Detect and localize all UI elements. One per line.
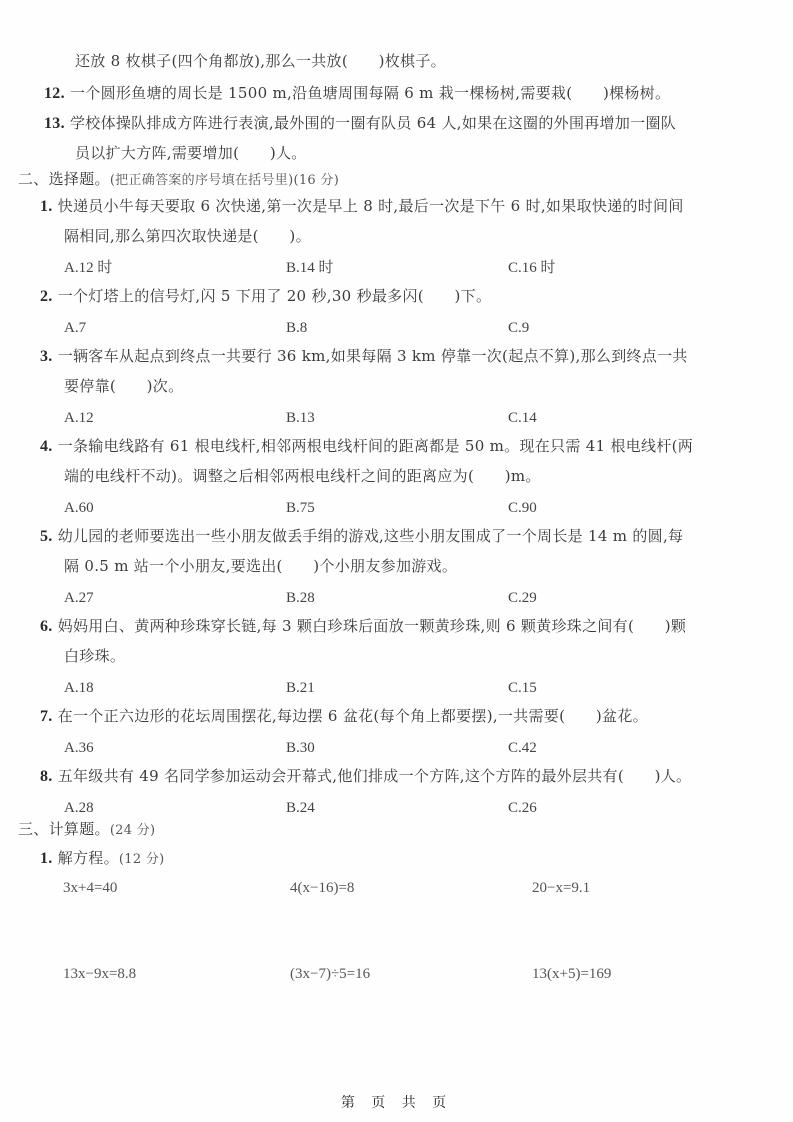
question-1: 1. 快递员小牛每天要取 6 次快递,第一次是早上 8 时,最后一次是下午 6 … [40, 196, 684, 217]
question-title: 解方程。 [58, 849, 119, 867]
question-number: 1. [40, 850, 53, 867]
option-a: A.18 [64, 678, 94, 698]
option-b: B.13 [286, 408, 315, 428]
question-number: 1. [40, 198, 53, 215]
option-c: C.15 [508, 678, 537, 698]
question-note: (12 分) [119, 852, 165, 867]
option-b: B.14 时 [286, 258, 334, 278]
option-b: B.75 [286, 498, 315, 518]
question-text: 一个圆形鱼塘的周长是 1500 m,沿鱼塘周围每隔 6 m 栽一棵杨树,需要栽(… [70, 84, 670, 102]
equation-4: 13x−9x=8.8 [63, 964, 136, 984]
question-number: 4. [40, 438, 53, 455]
question-5: 5. 幼儿园的老师要选出一些小朋友做丢手绢的游戏,这些小朋友围成了一个周长是 1… [40, 526, 683, 547]
question-5-line-2: 隔 0.5 m 站一个小朋友,要选出( )个小朋友参加游戏。 [64, 556, 457, 576]
equation-1: 3x+4=40 [63, 878, 117, 898]
question-3: 3. 一辆客车从起点到终点一共要行 36 km,如果每隔 3 km 停靠一次(起… [40, 346, 688, 367]
question-8: 8. 五年级共有 49 名同学参加运动会开幕式,他们排成一个方阵,这个方阵的最外… [40, 766, 691, 787]
section-title: 三、计算题。 [18, 820, 110, 838]
option-a: A.27 [64, 588, 94, 608]
option-c: C.16 时 [508, 258, 556, 278]
section-note: (24 分) [110, 823, 156, 838]
page-footer: 第 页 共 页 [0, 1092, 793, 1112]
section-title: 二、选择题。 [18, 170, 110, 188]
equation-3: 20−x=9.1 [532, 878, 590, 898]
option-a: A.12 时 [64, 258, 112, 278]
question-number: 12. [44, 85, 65, 102]
option-a: A.7 [64, 318, 86, 338]
question-number: 8. [40, 768, 53, 785]
option-a: A.28 [64, 798, 94, 818]
question-number: 6. [40, 618, 53, 635]
option-c: C.14 [508, 408, 537, 428]
question-text: 学校体操队排成方阵进行表演,最外围的一圈有队员 64 人,如果在这圈的外围再增加… [70, 114, 676, 132]
option-a: A.12 [64, 408, 94, 428]
calc-question-1: 1. 解方程。(12 分) [40, 848, 165, 870]
option-b: B.28 [286, 588, 315, 608]
question-12: 12. 一个圆形鱼塘的周长是 1500 m,沿鱼塘周围每隔 6 m 栽一棵杨树,… [44, 83, 670, 104]
equation-6: 13(x+5)=169 [532, 964, 611, 984]
option-a: A.60 [64, 498, 94, 518]
question-4: 4. 一条输电线路有 61 根电线杆,相邻两根电线杆间的距离都是 50 m。现在… [40, 436, 693, 457]
question-text: 一辆客车从起点到终点一共要行 36 km,如果每隔 3 km 停靠一次(起点不算… [58, 347, 688, 365]
question-text: 快递员小牛每天要取 6 次快递,第一次是早上 8 时,最后一次是下午 6 时,如… [58, 197, 684, 215]
question-3-line-2: 要停靠( )次。 [64, 376, 183, 396]
question-number: 7. [40, 708, 53, 725]
question-text: 五年级共有 49 名同学参加运动会开幕式,他们排成一个方阵,这个方阵的最外层共有… [58, 767, 692, 785]
option-c: C.29 [508, 588, 537, 608]
section-note: (把正确答案的序号填在括号里)(16 分) [110, 173, 339, 188]
option-c: C.90 [508, 498, 537, 518]
question-number: 3. [40, 348, 53, 365]
question-text: 幼儿园的老师要选出一些小朋友做丢手绢的游戏,这些小朋友围成了一个周长是 14 m… [58, 527, 684, 545]
option-b: B.30 [286, 738, 315, 758]
question-text: 一个灯塔上的信号灯,闪 5 下用了 20 秒,30 秒最多闪( )下。 [58, 287, 492, 305]
option-c: C.9 [508, 318, 529, 338]
question-text: 一条输电线路有 61 根电线杆,相邻两根电线杆间的距离都是 50 m。现在只需 … [58, 437, 693, 455]
equation-2: 4(x−16)=8 [290, 878, 354, 898]
option-b: B.21 [286, 678, 315, 698]
question-13-line2: 员以扩大方阵,需要增加( )人。 [75, 143, 307, 163]
question-1-line-2: 隔相同,那么第四次取快递是( )。 [64, 226, 311, 246]
option-a: A.36 [64, 738, 94, 758]
option-c: C.42 [508, 738, 537, 758]
section-3-header: 三、计算题。(24 分) [18, 819, 155, 841]
question-number: 2. [40, 288, 53, 305]
option-b: B.24 [286, 798, 315, 818]
question-number: 13. [44, 115, 65, 132]
question-6-line-2: 白珍珠。 [64, 646, 125, 666]
question-6: 6. 妈妈用白、黄两种珍珠穿长链,每 3 颗白珍珠后面放一颗黄珍珠,则 6 颗黄… [40, 616, 686, 637]
q11-continuation: 还放 8 枚棋子(四个角都放),那么一共放( )枚棋子。 [75, 51, 446, 71]
option-c: C.26 [508, 798, 537, 818]
question-4-line-2: 端的电线杆不动)。调整之后相邻两根电线杆之间的距离应为( )m。 [64, 466, 541, 486]
question-number: 5. [40, 528, 53, 545]
question-2: 2. 一个灯塔上的信号灯,闪 5 下用了 20 秒,30 秒最多闪( )下。 [40, 286, 491, 307]
question-7: 7. 在一个正六边形的花坛周围摆花,每边摆 6 盆花(每个角上都要摆),一共需要… [40, 706, 648, 727]
question-text: 妈妈用白、黄两种珍珠穿长链,每 3 颗白珍珠后面放一颗黄珍珠,则 6 颗黄珍珠之… [58, 617, 687, 635]
question-text: 在一个正六边形的花坛周围摆花,每边摆 6 盆花(每个角上都要摆),一共需要( )… [58, 707, 648, 725]
equation-5: (3x−7)÷5=16 [290, 964, 370, 984]
option-b: B.8 [286, 318, 307, 338]
question-13: 13. 学校体操队排成方阵进行表演,最外围的一圈有队员 64 人,如果在这圈的外… [44, 113, 676, 134]
section-2-header: 二、选择题。(把正确答案的序号填在括号里)(16 分) [18, 169, 339, 191]
